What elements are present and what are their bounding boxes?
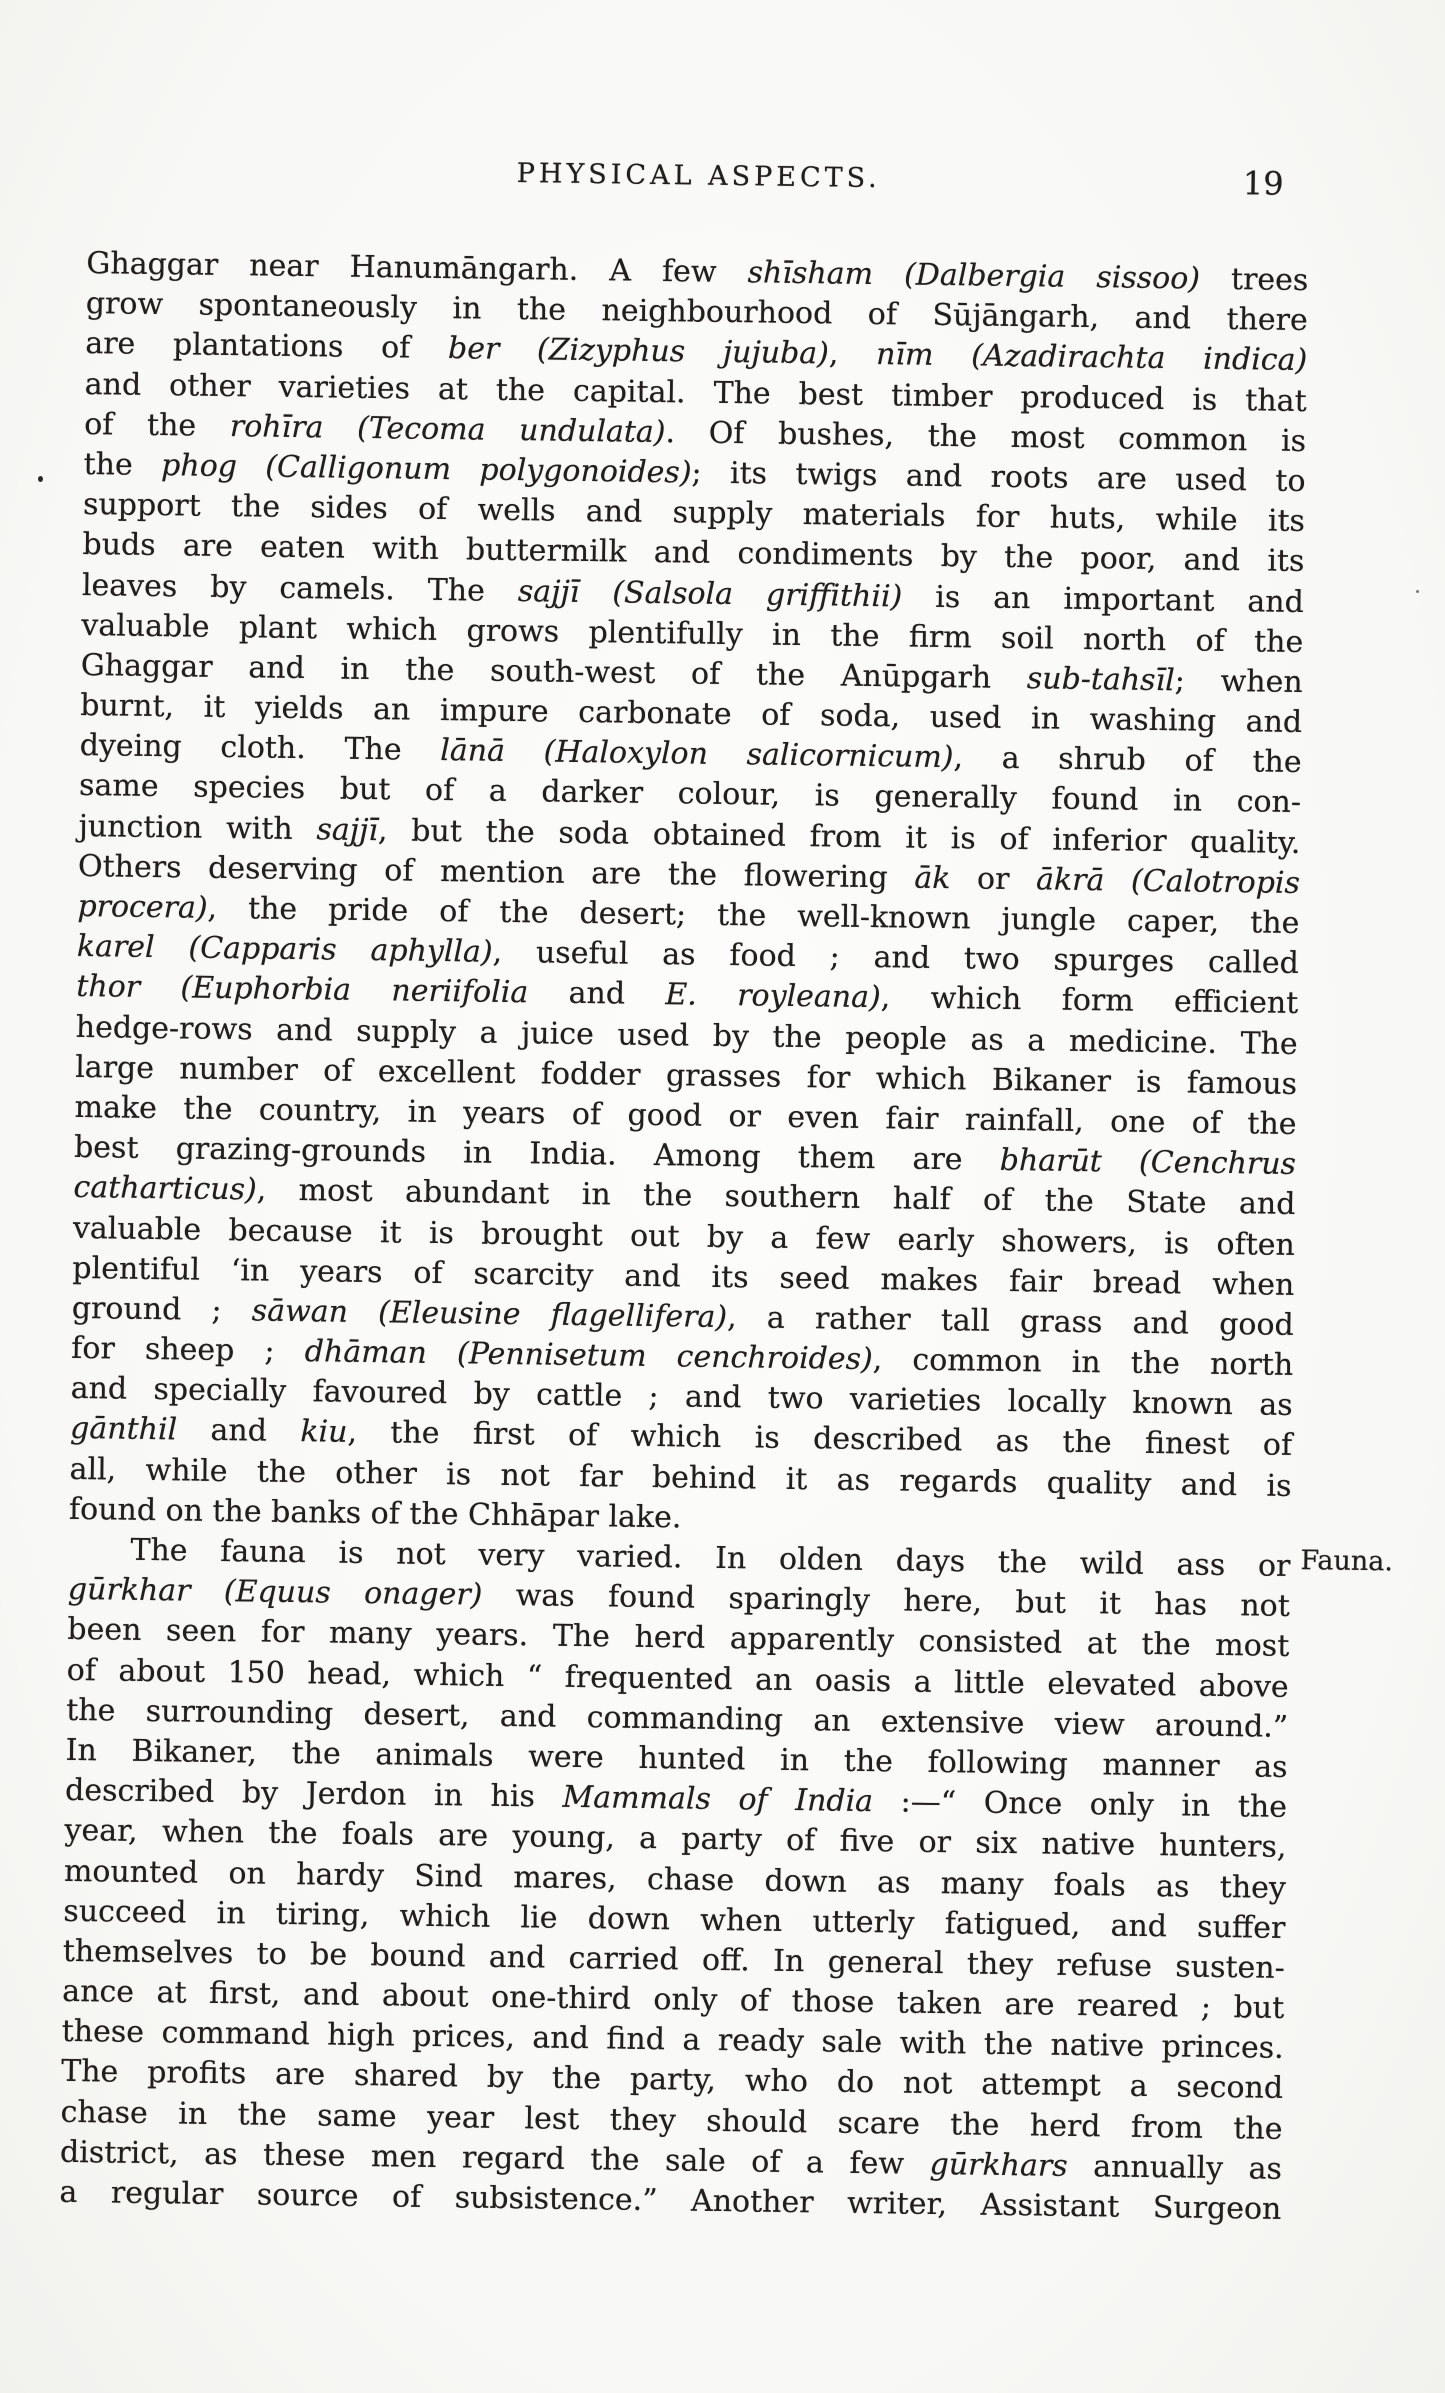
roman-text: . Of bushes, the most common is [665, 415, 1306, 459]
roman-text: annually as [1067, 2149, 1282, 2187]
italic-text: gūrkhars [929, 2147, 1067, 2184]
roman-text: , common in the north [872, 1342, 1293, 1383]
italic-text: ākrā (Calotropis [1036, 862, 1300, 901]
roman-text: , [829, 337, 877, 373]
margin-note-fauna: Fauna. [1300, 1545, 1393, 1577]
italic-text: catharticus) [73, 1170, 257, 1208]
italic-text: kiu [300, 1415, 348, 1451]
roman-text: dyeing cloth. The [79, 728, 440, 768]
roman-text: , a shrub of the [953, 740, 1302, 780]
paragraph: Ghaggar near Hanumāngarh. A few shīsham … [69, 244, 1309, 1547]
book-page-scan: PHYSICAL ASPECTS. 19 Ghaggar near Hanumā… [0, 0, 1445, 2393]
scanned-text-area: PHYSICAL ASPECTS. 19 Ghaggar near Hanumā… [59, 152, 1388, 2231]
italic-text: sajjī [316, 812, 378, 848]
roman-text: Ghaggar near Hanumāngarh. A few [86, 246, 748, 290]
italic-text: phog (Calligonum polygonoides) [161, 448, 692, 490]
italic-text: nīm (Azadirachta indica) [876, 337, 1308, 378]
italic-text: gānthil [70, 1411, 177, 1447]
roman-text: ground ; [72, 1291, 252, 1329]
roman-text: ; when [1175, 663, 1303, 700]
roman-text: of the [84, 407, 230, 444]
italic-text: procera) [77, 889, 208, 926]
roman-text: :—“ Once only in the [873, 1784, 1287, 1825]
italic-text: sub-tahsīl [1027, 661, 1175, 698]
roman-text: the [83, 447, 161, 483]
roman-text: are plantations of [85, 326, 448, 366]
italic-text: thor (Euphorbia neriifolia [76, 969, 528, 1010]
italic-text: rohīra (Tecoma undulata) [230, 409, 666, 450]
italic-text: dhāman (Pennisetum cenchroides) [305, 1334, 873, 1377]
roman-text: or [950, 861, 1036, 897]
text-block: Ghaggar near Hanumāngarh. A few shīsham … [59, 244, 1308, 2230]
italic-text: bharūt (Cenchrus [999, 1143, 1296, 1182]
italic-text: karel (Capparis aphylla) [77, 929, 493, 970]
roman-text: for sheep ; [71, 1331, 305, 1369]
roman-text: ; its twigs and roots are used to [691, 455, 1305, 499]
roman-text: is an important and [902, 579, 1304, 620]
paragraph: The fauna is not very varied. In olden d… [59, 1530, 1290, 2230]
italic-text: āk [914, 860, 951, 896]
roman-text: and [177, 1413, 301, 1450]
roman-text: , a rather tall grass and good [727, 1300, 1294, 1343]
roman-text: trees [1200, 262, 1309, 299]
running-header-title: PHYSICAL ASPECTS. [88, 152, 1310, 200]
scan-speck [38, 476, 43, 482]
italic-text: lānā (Haloxylon salicornicum) [440, 733, 954, 775]
italic-text: sajjī (Salsola griffithii) [518, 574, 903, 614]
roman-text: leaves by camels. The [82, 567, 518, 608]
italic-text: sāwan (Eleusine flagellifera) [252, 1293, 728, 1335]
scan-speck [1416, 590, 1419, 593]
roman-text: , which form efficient [880, 981, 1298, 1022]
italic-text: gūrkhar (Equus onager) [68, 1572, 483, 1613]
page-number: 19 [1243, 164, 1284, 203]
running-header: PHYSICAL ASPECTS. 19 [87, 152, 1309, 205]
italic-text: ber (Zizyphus jujuba) [448, 331, 829, 371]
roman-text: found on the banks of the Chhāpar lake. [69, 1492, 682, 1536]
italic-text: E. royleana) [665, 978, 881, 1016]
roman-text: and [528, 976, 666, 1013]
roman-text: described by Jerdon in his [65, 1773, 563, 1815]
italic-text: Mammals of India [562, 1780, 873, 1819]
italic-text: shīsham (Dalbergia sissoo) [747, 255, 1200, 296]
roman-text: junction with [78, 809, 316, 847]
